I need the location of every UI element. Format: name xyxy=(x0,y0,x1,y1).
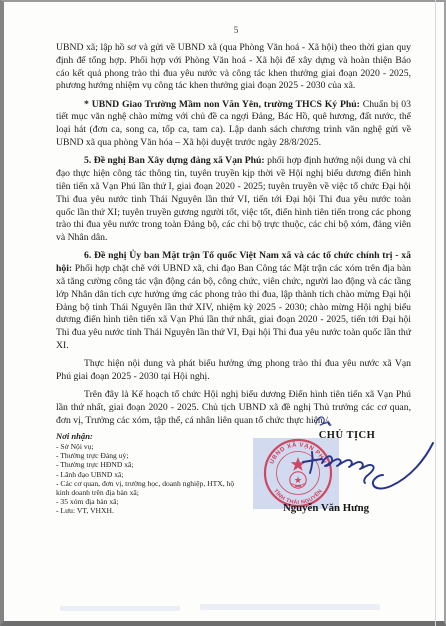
signature-sweep-stroke xyxy=(373,443,433,488)
paragraph-text: Thực hiện nội dung và phát biểu hưởng ứn… xyxy=(56,358,411,382)
signature-initial-mark xyxy=(316,417,331,425)
recipient-item: - Các cơ quan, đơn vị, trường học, doanh… xyxy=(56,479,246,497)
paragraph-text: UBND xã; lập hồ sơ và gửi về UBND xã (qu… xyxy=(56,42,411,91)
paragraph-lead: * UBND Giao Trường Mầm non Văn Yên, trườ… xyxy=(84,99,360,110)
recipient-item: - Sở Nội vụ; xyxy=(56,442,246,451)
paragraph-van-nghe: * UBND Giao Trường Mầm non Văn Yên, trườ… xyxy=(56,99,411,150)
recipient-item: - Thường trực Đảng uỷ; xyxy=(56,451,246,460)
recipient-item: - Lưu: VT, VHXH. xyxy=(56,506,246,515)
signature-loops xyxy=(322,456,374,483)
paragraph-text: Phối hợp chặt chẽ với UBND xã, chỉ đạo B… xyxy=(56,263,411,351)
signer-title: CHỦ TỊCH xyxy=(285,430,409,441)
paragraph-section-6: 6. Đề nghị Ủy ban Mặt trận Tổ quốc Việt … xyxy=(56,250,411,352)
signature-cross-stroke xyxy=(303,452,322,473)
scanned-document-viewport: 5 UBND xã; lập hồ sơ và gửi về UBND xã (… xyxy=(0,0,446,626)
paragraph-continuation: UBND xã; lập hồ sơ và gửi về UBND xã (qu… xyxy=(56,42,411,93)
paragraph-section-5: 5. Đề nghị Ban Xây dựng đảng xã Vạn Phú:… xyxy=(56,155,411,245)
page-number: 5 xyxy=(90,25,382,35)
scan-smudge xyxy=(200,604,380,610)
paragraph-text: phối hợp định hướng nội dung và chỉ đạo … xyxy=(56,155,411,243)
document-body: UBND xã; lập hồ sơ và gửi về UBND xã (qu… xyxy=(56,42,411,433)
paragraph-lead: 5. Đề nghị Ban Xây dựng đảng xã Vạn Phú: xyxy=(84,155,265,166)
recipient-item: - Lãnh đạo UBND xã; xyxy=(56,470,246,479)
recipients-label: Nơi nhận: xyxy=(56,431,246,441)
recipient-item: - 35 xóm địa bàn xã; xyxy=(56,497,246,506)
recipient-item: - Thường trực HĐND xã; xyxy=(56,460,246,469)
scan-smudge xyxy=(60,606,180,611)
scan-fold-line xyxy=(435,0,436,626)
signer-name: Nguyễn Văn Hưng xyxy=(266,502,386,514)
recipients-block: Nơi nhận: - Sở Nội vụ; - Thường trực Đản… xyxy=(56,431,246,516)
paragraph-thuc-hien: Thực hiện nội dung và phát biểu hưởng ứn… xyxy=(56,358,411,384)
